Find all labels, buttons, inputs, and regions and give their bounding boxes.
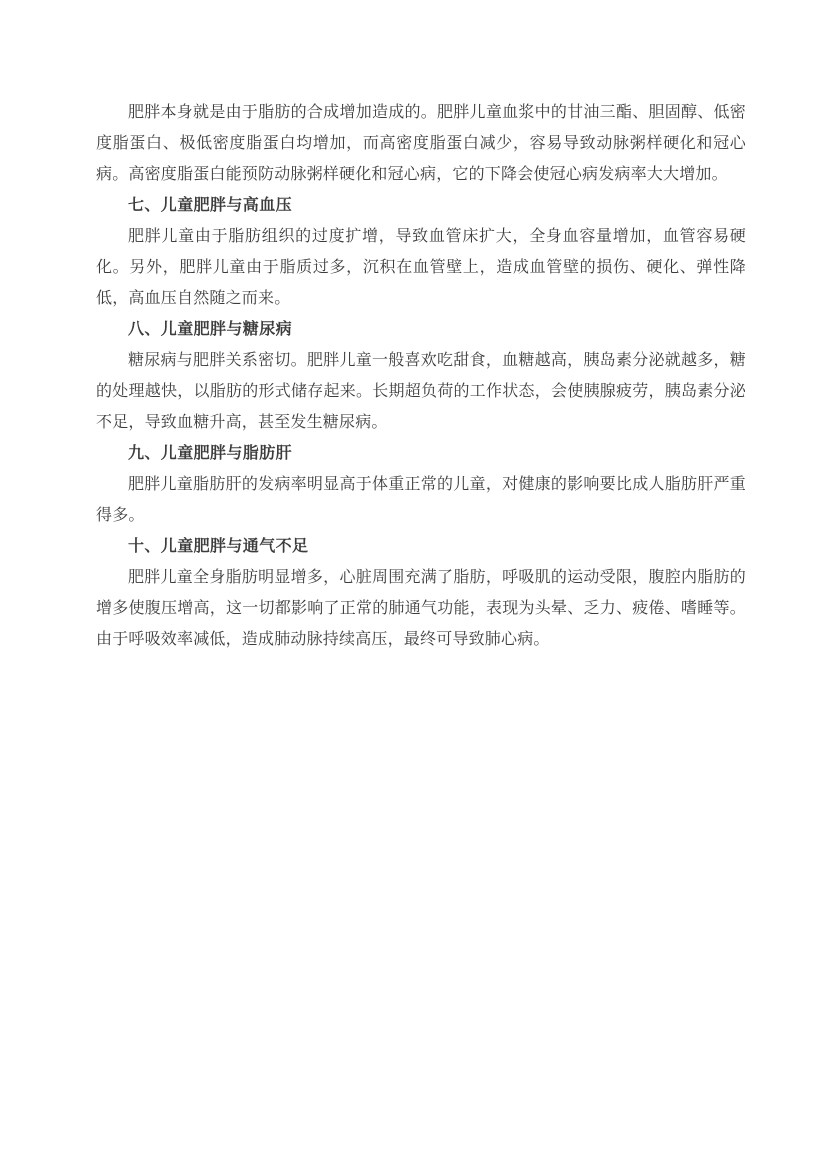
section-heading-fatty-liver: 九、儿童肥胖与脂肪肝 (96, 438, 746, 469)
intro-paragraph: 肥胖本身就是由于脂肪的合成增加造成的。肥胖儿童血浆中的甘油三酯、胆固醇、低密度脂… (96, 97, 746, 190)
document-content: 肥胖本身就是由于脂肪的合成增加造成的。肥胖儿童血浆中的甘油三酯、胆固醇、低密度脂… (96, 97, 746, 655)
document-page: 肥胖本身就是由于脂肪的合成增加造成的。肥胖儿童血浆中的甘油三酯、胆固醇、低密度脂… (0, 0, 827, 1170)
section-heading-hypertension: 七、儿童肥胖与高血压 (96, 190, 746, 221)
section-body-diabetes: 糖尿病与肥胖关系密切。肥胖儿童一般喜欢吃甜食，血糖越高，胰岛素分泌就越多，糖的处… (96, 345, 746, 438)
section-body-hypertension: 肥胖儿童由于脂肪组织的过度扩增，导致血管床扩大，全身血容量增加，血管容易硬化。另… (96, 221, 746, 314)
section-heading-diabetes: 八、儿童肥胖与糖尿病 (96, 314, 746, 345)
section-heading-hypoventilation: 十、儿童肥胖与通气不足 (96, 531, 746, 562)
section-body-fatty-liver: 肥胖儿童脂肪肝的发病率明显高于体重正常的儿童，对健康的影响要比成人脂肪肝严重得多… (96, 469, 746, 531)
section-body-hypoventilation: 肥胖儿童全身脂肪明显增多，心脏周围充满了脂肪，呼吸肌的运动受限，腹腔内脂肪的增多… (96, 562, 746, 655)
